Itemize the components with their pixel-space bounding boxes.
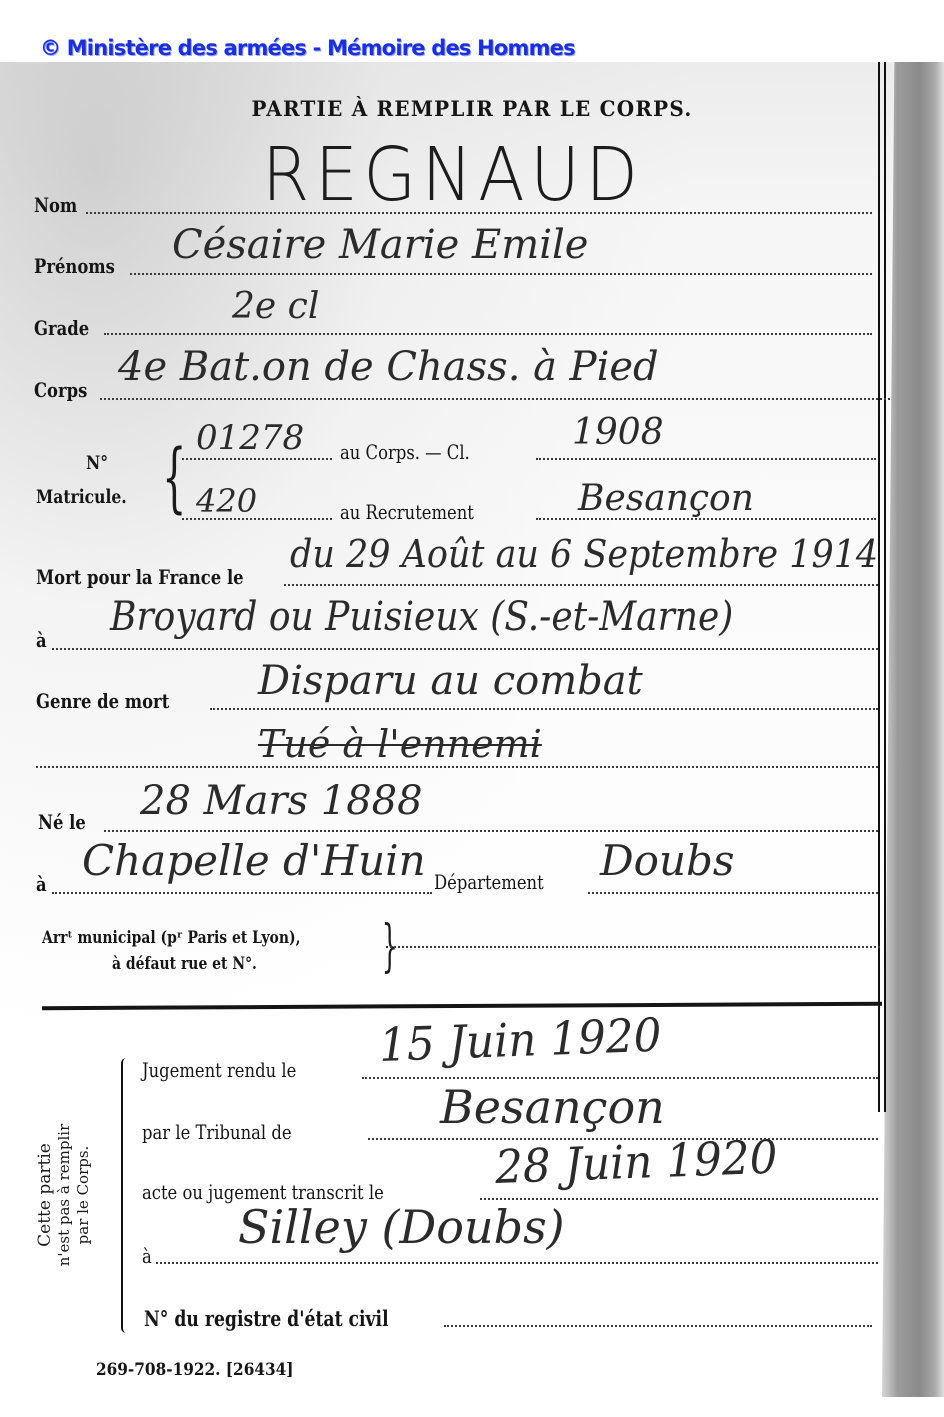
- form-heading: PARTIE À REMPLIR PAR LE CORPS.: [24, 96, 921, 121]
- corps-number-line: [182, 458, 332, 460]
- prenoms-value: Césaire Marie Emile: [172, 222, 588, 268]
- jugement-line: [362, 1077, 878, 1079]
- genre-mort-struck-value: Tué à l'ennemi: [258, 722, 542, 766]
- classe-line: [536, 458, 876, 460]
- copyright-watermark: © Ministère des armées - Mémoire des Hom…: [40, 36, 575, 60]
- grade-label: Grade: [34, 316, 89, 340]
- tribunal-value: Besançon: [440, 1080, 665, 1134]
- lieu-mort-label: à: [36, 628, 47, 652]
- corps-label: Corps: [34, 378, 87, 402]
- lieu-transcription-line: [156, 1262, 878, 1264]
- corps-value: 4e Bat.on de Chass. à Pied: [118, 344, 659, 390]
- arrondissement-label-line1: Arrᵗ municipal (pʳ Paris et Lyon),: [42, 928, 300, 948]
- nom-value: REGNAUD: [262, 132, 643, 218]
- ne-le-value: 28 Mars 1888: [140, 778, 423, 824]
- corps-class-label: au Corps. — Cl.: [340, 440, 470, 464]
- tribunal-label: par le Tribunal de: [142, 1120, 292, 1144]
- prenoms-line: [130, 273, 872, 275]
- corps-line: [100, 398, 890, 400]
- departement-label: Département: [434, 870, 544, 894]
- genre-mort-value: Disparu au combat: [258, 658, 643, 704]
- ne-le-line: [104, 830, 878, 832]
- genre-mort-line: [210, 708, 878, 710]
- corps-number-value: 01278: [196, 418, 304, 458]
- registre-line: [444, 1325, 872, 1327]
- jugement-label: Jugement rendu le: [142, 1058, 296, 1082]
- mort-value: du 29 Août au 6 Septembre 1914: [290, 532, 878, 576]
- lieu-naissance-line: [52, 892, 432, 894]
- lieu-naissance-value: Chapelle d'Huin: [82, 836, 426, 885]
- recrutement-number-value: 420: [196, 482, 257, 520]
- mort-line: [284, 584, 878, 586]
- right-border-line-inner: [884, 62, 886, 1112]
- print-reference-code: 269-708-1922. [26434]: [96, 1360, 294, 1380]
- genre-mort-line-2: [36, 766, 878, 768]
- side-bracket: [121, 1058, 126, 1333]
- prenoms-label: Prénoms: [34, 254, 115, 278]
- lieu-mort-value: Broyard ou Puisieux (S.-et-Marne): [110, 594, 733, 640]
- recrutement-place-value: Besançon: [578, 478, 754, 519]
- right-border-line: [878, 62, 880, 1112]
- recrutement-label: au Recrutement: [340, 500, 474, 524]
- mort-label: Mort pour la France le: [36, 565, 244, 589]
- matricule-label-line1: N°: [86, 452, 108, 474]
- genre-mort-label: Genre de mort: [36, 689, 169, 713]
- nom-label: Nom: [34, 193, 77, 217]
- jugement-value: 15 Juin 1920: [378, 1008, 662, 1072]
- classe-value: 1908: [572, 412, 664, 453]
- lieu-transcription-value: Silley (Doubs): [238, 1200, 565, 1254]
- side-note-line-3: par le Corps.: [74, 1095, 93, 1295]
- departement-line: [588, 892, 878, 894]
- grade-value: 2e cl: [232, 286, 319, 327]
- arrondissement-line: [386, 946, 880, 948]
- side-note-line-2: n'est pas à remplir: [55, 1095, 74, 1295]
- arrondissement-label-line2: à défaut rue et N°.: [112, 954, 257, 974]
- lieu-naissance-label: à: [36, 872, 47, 896]
- side-note-line-1: Cette partie: [36, 1095, 55, 1295]
- matricule-brace: {: [162, 432, 186, 521]
- ne-le-label: Né le: [38, 810, 86, 834]
- transcrit-value: 28 Juin 1920: [494, 1130, 778, 1194]
- registre-label: N° du registre d'état civil: [144, 1306, 389, 1331]
- side-note-not-for-corps: Cette partie n'est pas à remplir par le …: [36, 1095, 93, 1295]
- matricule-label-line2: Matricule.: [36, 486, 127, 508]
- grade-line: [104, 333, 872, 335]
- lieu-mort-line: [52, 648, 878, 650]
- lieu-transcription-label: à: [142, 1244, 152, 1268]
- departement-value: Doubs: [600, 836, 734, 885]
